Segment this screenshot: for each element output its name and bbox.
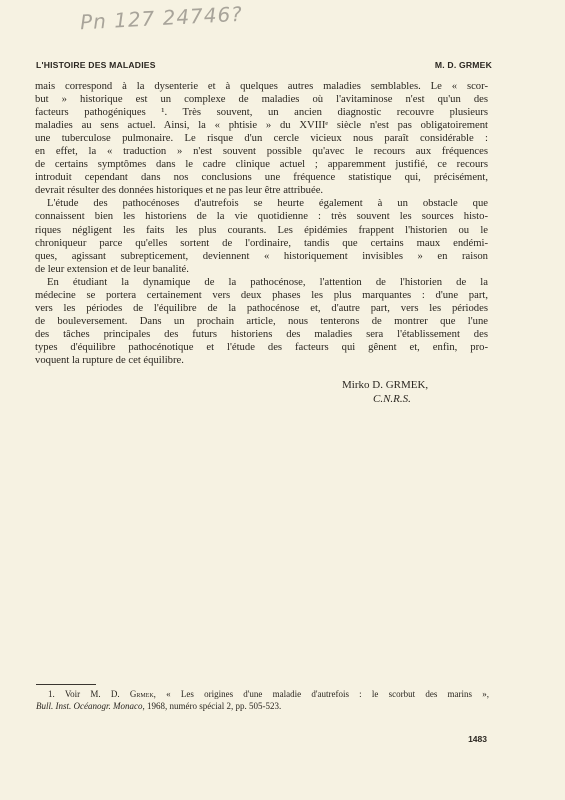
running-head: L'HISTOIRE DES MALADIES M. D. GRMEK — [36, 60, 490, 70]
handwritten-annotation: Pn 127 24746? — [79, 2, 243, 34]
footnote-number: 1. — [48, 689, 55, 699]
footnote-line-1: 1. Voir M. D. Grmek, « Les origines d'un… — [36, 689, 489, 701]
author-name: Mirko D. GRMEK, — [340, 378, 490, 392]
text-line: en effet, la « traduction » n'est souven… — [35, 145, 488, 158]
text-line: introduit cependant dans nos conclusions… — [35, 171, 488, 184]
signature-block: Mirko D. GRMEK, C.N.R.S. — [340, 378, 490, 406]
page-number: 1483 — [400, 734, 487, 744]
text-line: chroniqueur parce qu'elles sortent de l'… — [35, 237, 488, 250]
text-line: En étudiant la dynamique de la pathocéno… — [35, 276, 488, 289]
text-line: connaissent bien les historiens de la vi… — [35, 210, 488, 223]
article-body: mais correspond à la dysenterie et à que… — [35, 80, 488, 367]
text-line: de bouleversement. Dans un prochain arti… — [35, 315, 488, 328]
paragraph-3: En étudiant la dynamique de la pathocéno… — [35, 276, 488, 367]
footnote-author: Grmek — [130, 689, 154, 699]
text-line: médecine se portera certainement vers de… — [35, 289, 488, 302]
footnote-line-2: Bull. Inst. Océanogr. Monaco, 1968, numé… — [36, 701, 489, 713]
footnote-title: , « Les origines d'une maladie d'autrefo… — [154, 689, 489, 699]
text-line: facteurs pathogéniques ¹. Très souvent, … — [35, 106, 488, 119]
author-institution: C.N.R.S. — [340, 392, 490, 406]
text-line: une tuberculose pulmonaire. Le risque d'… — [35, 132, 488, 145]
text-line: ques, agissant subrepticement, deviennen… — [35, 250, 488, 263]
text-line: L'étude des pathocénoses d'autrefois se … — [35, 197, 488, 210]
running-head-title: L'HISTOIRE DES MALADIES — [36, 60, 156, 70]
text-line: des tâches principales des futurs histor… — [35, 328, 488, 341]
running-head-author: M. D. GRMEK — [435, 60, 492, 70]
footnote-prefix: Voir M. D. — [65, 689, 120, 699]
paragraph-2: L'étude des pathocénoses d'autrefois se … — [35, 197, 488, 275]
footnote-journal: Bull. Inst. Océanogr. Monaco — [36, 701, 142, 711]
text-line: but » historique est un complexe de mala… — [35, 93, 488, 106]
text-line: vers les périodes de l'équilibre de la p… — [35, 302, 488, 315]
text-line: voquent la rupture de cet équilibre. — [35, 354, 488, 367]
footnote-details: , 1968, numéro spécial 2, pp. 505-523. — [142, 701, 281, 711]
footnote: 1. Voir M. D. Grmek, « Les origines d'un… — [36, 689, 489, 712]
text-line: devrait résulter des données historiques… — [35, 184, 488, 197]
text-line: maladies au sens actuel. Ainsi, la « pht… — [35, 119, 488, 132]
text-line: mais correspond à la dysenterie et à que… — [35, 80, 488, 93]
text-line: de leur extension et de leur banalité. — [35, 263, 488, 276]
text-line: riques négligent les faits les plus cour… — [35, 224, 488, 237]
paragraph-1: mais correspond à la dysenterie et à que… — [35, 80, 488, 197]
footnote-rule — [36, 684, 96, 685]
text-line: types d'équilibre pathocénotique et l'ét… — [35, 341, 488, 354]
text-line: de certains symptômes dans le cadre clin… — [35, 158, 488, 171]
